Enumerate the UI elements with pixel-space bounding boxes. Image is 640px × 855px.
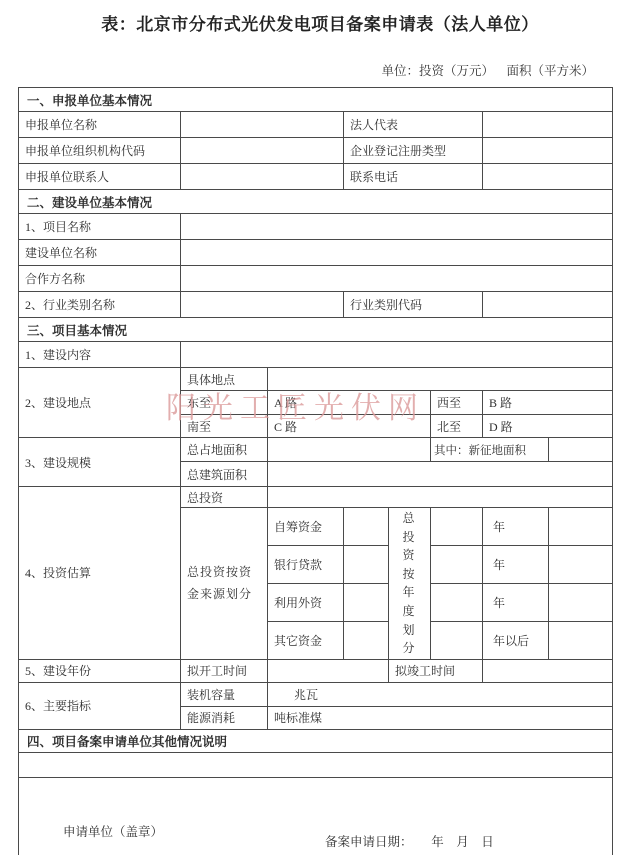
application-form-table: 一、申报单位基本情况 申报单位名称 法人代表 申报单位组织机构代码 企业登记注册… <box>18 87 613 855</box>
field-year-3-num <box>431 583 483 621</box>
field-start-time <box>268 659 389 682</box>
label-apply-date: 备案申请日期： 年 月 日 <box>325 832 494 850</box>
field-builder-name <box>181 240 613 266</box>
label-reg-type: 企业登记注册类型 <box>344 138 483 164</box>
field-east: A 路 <box>268 391 431 415</box>
field-north: D 路 <box>483 415 613 438</box>
label-scale: 3、建设规模 <box>19 438 181 487</box>
label-investment: 4、投资估算 <box>19 487 181 660</box>
label-new-land: 其中：新征地面积 <box>431 438 549 462</box>
label-floor-area: 总建筑面积 <box>181 462 268 487</box>
field-total-inv <box>268 487 613 508</box>
label-south: 南至 <box>181 415 268 438</box>
field-industry-code <box>483 292 613 318</box>
label-foreign-fund: 利用外资 <box>268 583 344 621</box>
units-note: 单位：投资（万元） 面积（平方米） <box>381 61 594 79</box>
field-phone <box>483 164 613 190</box>
section-1-header: 一、申报单位基本情况 <box>19 88 613 112</box>
label-phone: 联系电话 <box>344 164 483 190</box>
field-south: C 路 <box>268 415 431 438</box>
field-reg-type <box>483 138 613 164</box>
label-unit-name: 申报单位名称 <box>19 112 181 138</box>
field-org-code <box>181 138 344 164</box>
section-3-header: 三、项目基本情况 <box>19 318 613 342</box>
field-unit-name <box>181 112 344 138</box>
field-energy-unit: 吨标准煤 <box>268 706 613 729</box>
label-apply-unit: 申请单位（盖章） <box>63 822 163 840</box>
label-indicators: 6、主要指标 <box>19 682 181 729</box>
label-specific-loc: 具体地点 <box>181 368 268 391</box>
field-year-2-num <box>431 545 483 583</box>
field-year-after-num <box>431 621 483 659</box>
label-land-area: 总占地面积 <box>181 438 268 462</box>
label-year-after: 年以后 <box>483 621 549 659</box>
label-by-source: 总投资按资金来源划分 <box>181 508 268 660</box>
label-self-fund: 自筹资金 <box>268 508 344 546</box>
label-content: 1、建设内容 <box>19 342 181 368</box>
field-partner-name <box>181 266 613 292</box>
field-year-1-amount <box>549 508 613 546</box>
label-energy: 能源消耗 <box>181 706 268 729</box>
label-year-3: 年 <box>483 583 549 621</box>
field-other-notes <box>19 752 613 777</box>
label-by-year: 总投资按年度划分 <box>389 508 431 660</box>
section-4-header: 四、项目备案申请单位其他情况说明 <box>19 729 613 752</box>
label-location: 2、建设地点 <box>19 368 181 438</box>
label-east: 东至 <box>181 391 268 415</box>
label-legal-rep: 法人代表 <box>344 112 483 138</box>
field-self-fund <box>344 508 389 546</box>
field-land-area <box>268 438 431 462</box>
field-year-3-amount <box>549 583 613 621</box>
field-specific-loc <box>268 368 613 391</box>
label-start-time: 拟开工时间 <box>181 659 268 682</box>
field-contact <box>181 164 344 190</box>
label-year-1: 年 <box>483 508 549 546</box>
label-bank-loan: 银行贷款 <box>268 545 344 583</box>
field-floor-area <box>268 462 613 487</box>
page-title: 表：北京市分布式光伏发电项目备案申请表（法人单位） <box>0 10 640 35</box>
label-project-name: 1、项目名称 <box>19 214 181 240</box>
label-builder-name: 建设单位名称 <box>19 240 181 266</box>
label-capacity: 装机容量 <box>181 682 268 706</box>
label-org-code: 申报单位组织机构代码 <box>19 138 181 164</box>
signature-cell: 申请单位（盖章） 备案申请日期： 年 月 日 <box>19 777 613 855</box>
field-foreign-fund <box>344 583 389 621</box>
label-industry-code: 行业类别代码 <box>344 292 483 318</box>
field-bank-loan <box>344 545 389 583</box>
label-contact: 申报单位联系人 <box>19 164 181 190</box>
field-project-name <box>181 214 613 240</box>
field-content <box>181 342 613 368</box>
field-capacity-unit: 兆瓦 <box>268 682 613 706</box>
label-other-fund: 其它资金 <box>268 621 344 659</box>
label-year-2: 年 <box>483 545 549 583</box>
label-west: 西至 <box>431 391 483 415</box>
field-legal-rep <box>483 112 613 138</box>
section-2-header: 二、建设单位基本情况 <box>19 190 613 214</box>
label-total-inv: 总投资 <box>181 487 268 508</box>
field-year-2-amount <box>549 545 613 583</box>
label-end-time: 拟竣工时间 <box>389 659 483 682</box>
field-other-fund <box>344 621 389 659</box>
label-build-year: 5、建设年份 <box>19 659 181 682</box>
label-north: 北至 <box>431 415 483 438</box>
label-partner-name: 合作方名称 <box>19 266 181 292</box>
field-industry-name <box>181 292 344 318</box>
field-year-after-amount <box>549 621 613 659</box>
label-industry-name: 2、行业类别名称 <box>19 292 181 318</box>
field-year-1-num <box>431 508 483 546</box>
field-new-land <box>549 438 613 462</box>
field-end-time <box>483 659 613 682</box>
field-west: B 路 <box>483 391 613 415</box>
